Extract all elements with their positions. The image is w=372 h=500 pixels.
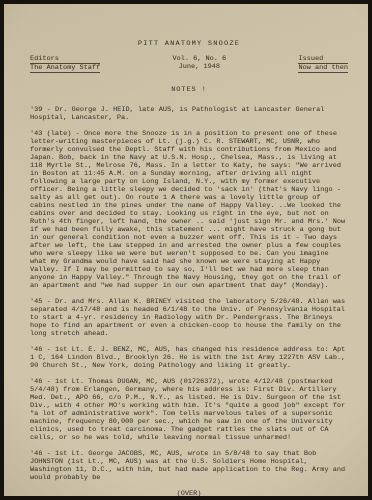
note-paragraph-dugan: '46 - 1st Lt. Thomas DUGAN, MC, AUS (017… <box>30 378 348 442</box>
note-paragraph-benz: '46 - 1st Lt. E. J. BENZ, MC, AUS, has c… <box>30 346 348 370</box>
note-paragraph-jacobs: '46 - 1st Lt. George JACOBS, MC, AUS, wr… <box>30 450 348 482</box>
editors-label: Editors <box>30 55 100 64</box>
note-paragraph-heid: '39 - Dr. George J. HEID, late AUS, is P… <box>30 106 348 122</box>
masthead: Editors The Anatomy Staff Vol. 6, No. 6 … <box>30 55 348 73</box>
page-footer: (OVER) <box>30 490 348 496</box>
page-title: PITT ANATOMY SNOOZE <box>30 40 348 48</box>
newsletter-page: PITT ANATOMY SNOOZE Editors The Anatomy … <box>4 4 368 496</box>
editors-value: The Anatomy Staff <box>30 64 100 73</box>
issued-value: Now and then <box>298 64 348 73</box>
masthead-issued-column: Issued Now and then <box>298 55 348 73</box>
note-paragraph-briney: '45 - Dr. and Mrs. Allan K. BRINEY visit… <box>30 298 348 338</box>
issued-label: Issued <box>298 55 348 64</box>
masthead-editors-column: Editors The Anatomy Staff <box>30 55 100 73</box>
section-heading: NOTES ! <box>30 86 348 94</box>
photo-mount: PITT ANATOMY SNOOZE Editors The Anatomy … <box>0 0 372 500</box>
note-paragraph-stewart: '43 (late) - Once more the Snooze is in … <box>30 130 348 290</box>
masthead-volume-column: Vol. 6, No. 6 June, 1948 <box>172 55 226 71</box>
issue-date: June, 1948 <box>172 63 226 71</box>
volume-number: Vol. 6, No. 6 <box>172 55 226 63</box>
